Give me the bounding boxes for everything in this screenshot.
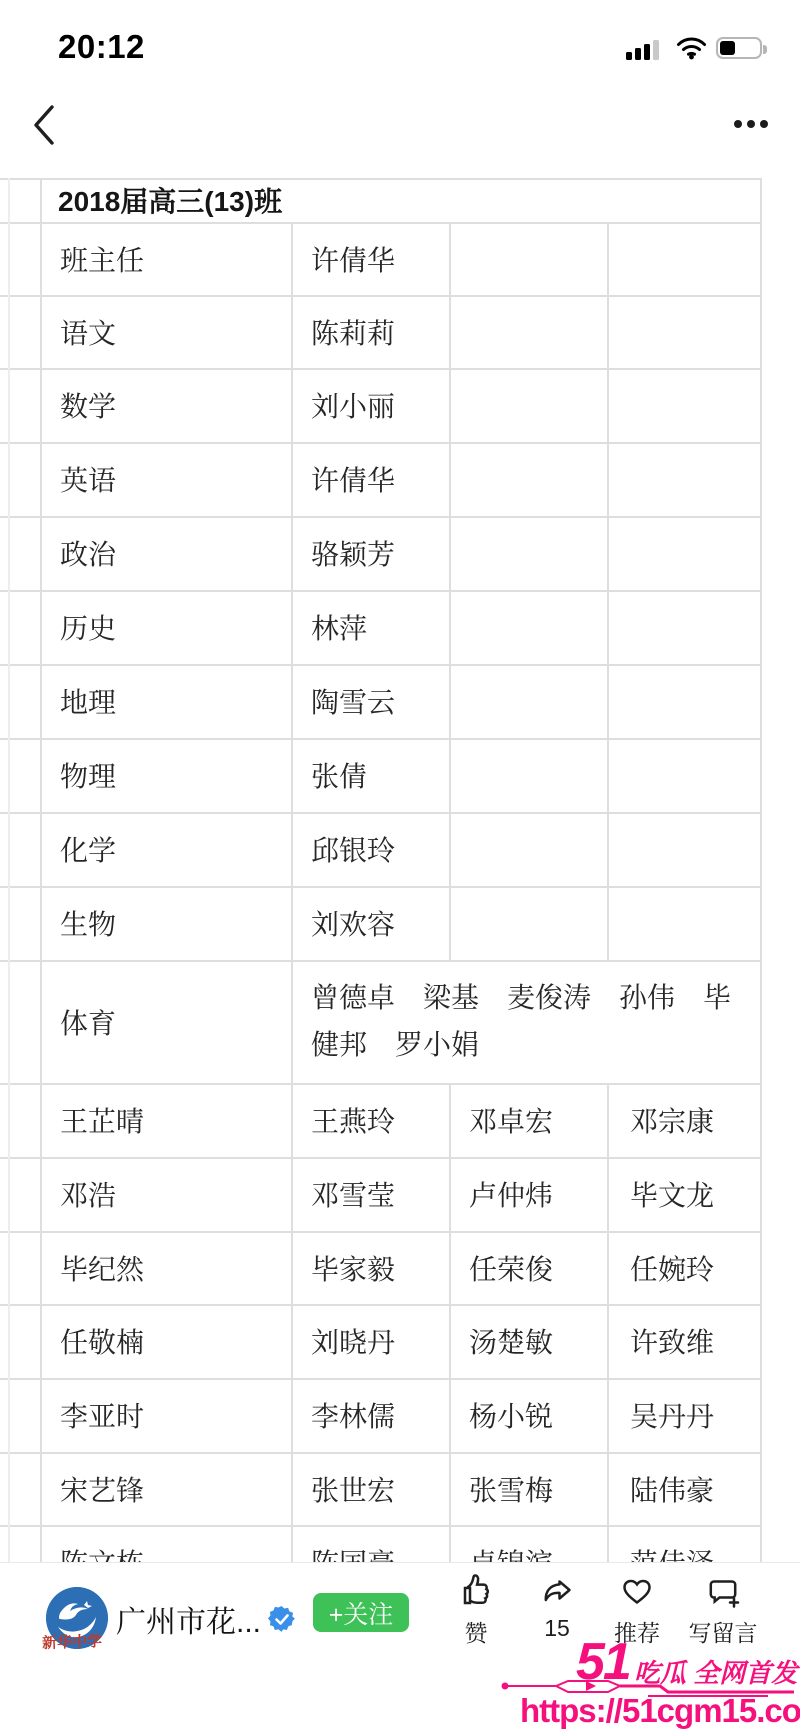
table-gridline [291, 222, 293, 1562]
table-cell: 邓雪莹 [311, 1157, 395, 1231]
share-arrow-icon [538, 1573, 576, 1609]
table-cell: 林萍 [311, 590, 367, 664]
table-cell: 邓宗康 [630, 1083, 714, 1157]
table-cell: 陈国豪 [311, 1525, 395, 1562]
table-cell: 杨小锐 [469, 1378, 553, 1452]
table-cell: 语文 [60, 295, 116, 368]
thumbs-up-icon [457, 1573, 495, 1609]
table-cell: 张倩 [311, 738, 367, 812]
ellipsis-icon [734, 120, 742, 128]
verified-badge-icon [268, 1605, 296, 1633]
table-cell: 张世宏 [311, 1452, 395, 1525]
table-cell: 邓浩 [60, 1157, 116, 1231]
footer-bar: 新华中学 广州市花... +关注 赞15推荐写留言 [0, 1562, 800, 1731]
recommend-button[interactable]: 推荐 [595, 1573, 679, 1648]
table-cell: 曾德卓 梁基 麦俊涛 孙伟 毕健邦 罗小娟 [311, 974, 751, 1068]
navigation-bar [0, 90, 800, 156]
table-cell: 刘小丽 [311, 368, 395, 442]
table-cell: 王燕玲 [311, 1083, 395, 1157]
table-cell: 陆伟豪 [630, 1452, 714, 1525]
table-cell: 毕纪然 [60, 1231, 144, 1304]
table-cell: 吴丹丹 [630, 1378, 714, 1452]
recommend-label: 推荐 [595, 1615, 679, 1648]
table-cell: 陈莉莉 [311, 295, 395, 368]
ellipsis-icon [747, 120, 755, 128]
like-button[interactable]: 赞 [434, 1573, 518, 1648]
table-cell: 李林儒 [311, 1378, 395, 1452]
table-cell: 2018届高三(13)班 [58, 178, 282, 222]
table-gridline [449, 1083, 451, 1562]
table-cell: 骆颖芳 [311, 516, 395, 590]
comment-plus-icon [704, 1573, 742, 1609]
table-cell: 地理 [60, 664, 116, 738]
ellipsis-icon [760, 120, 768, 128]
table-cell: 许致维 [630, 1304, 714, 1378]
cellular-signal-icon [635, 48, 641, 60]
table-cell: 邓卓宏 [469, 1083, 553, 1157]
cellular-signal-icon [653, 40, 659, 60]
table-cell: 李亚时 [60, 1378, 144, 1452]
table-cell: 任敬楠 [60, 1304, 144, 1378]
table-cell: 任婉玲 [630, 1231, 714, 1304]
table-gridline [8, 178, 10, 1562]
battery-nub [763, 45, 767, 54]
cellular-signal-icon [626, 52, 632, 60]
battery-fill [720, 41, 735, 55]
phone-screen: 20:12 [0, 0, 800, 1731]
table-cell: 物理 [60, 738, 116, 812]
table-gridline [449, 222, 451, 960]
comment-button[interactable]: 写留言 [681, 1573, 765, 1648]
table-cell: 许倩华 [311, 222, 395, 295]
table-cell: 卓锦滨 [469, 1525, 553, 1562]
heart-icon [618, 1573, 656, 1609]
table-cell: 王芷晴 [60, 1083, 144, 1157]
account-name[interactable]: 广州市花... [116, 1597, 261, 1641]
table-cell: 陶雪云 [311, 664, 395, 738]
share-label: 15 [515, 1615, 599, 1642]
table-cell: 历史 [60, 590, 116, 664]
table-cell: 生物 [60, 886, 116, 960]
table-cell: 化学 [60, 812, 116, 886]
table-gridline [760, 178, 762, 1562]
clock: 20:12 [58, 28, 145, 66]
cellular-signal-icon [644, 44, 650, 60]
table-cell: 毕家毅 [311, 1231, 395, 1304]
table-cell: 数学 [60, 368, 116, 442]
comment-label: 写留言 [681, 1615, 765, 1648]
table-cell: 许倩华 [311, 442, 395, 516]
follow-button[interactable]: +关注 [313, 1593, 409, 1632]
avatar-seal-text: 新华中学 [42, 1630, 103, 1653]
table-cell: 毕文龙 [630, 1157, 714, 1231]
table-cell: 邱银玲 [311, 812, 395, 886]
battery-icon [716, 37, 762, 59]
table-cell: 卢仲炜 [469, 1157, 553, 1231]
status-icons [626, 36, 776, 62]
table-cell: 班主任 [60, 222, 144, 295]
table-cell: 范佳泽 [630, 1525, 714, 1562]
table-cell: 汤楚敏 [469, 1304, 553, 1378]
table-gridline [607, 1083, 609, 1562]
table-cell: 英语 [60, 442, 116, 516]
table-cell: 陈文栋 [60, 1525, 144, 1562]
table-cell: 政治 [60, 516, 116, 590]
back-button[interactable] [28, 102, 62, 148]
wifi-icon [676, 36, 707, 65]
like-label: 赞 [434, 1615, 518, 1648]
table-cell: 张雪梅 [469, 1452, 553, 1525]
table-gridline [40, 178, 42, 1562]
table-cell: 宋艺锋 [60, 1452, 144, 1525]
class-roster-table[interactable]: 2018届高三(13)班班主任许倩华语文陈莉莉数学刘小丽英语许倩华政治骆颖芳历史… [0, 178, 800, 1562]
table-cell: 体育 [60, 960, 116, 1083]
table-gridline [607, 222, 609, 960]
share-button[interactable]: 15 [515, 1573, 599, 1642]
table-cell: 刘晓丹 [311, 1304, 395, 1378]
table-cell: 任荣俊 [469, 1231, 553, 1304]
more-options-button[interactable] [734, 112, 782, 136]
table-cell: 刘欢容 [311, 886, 395, 960]
